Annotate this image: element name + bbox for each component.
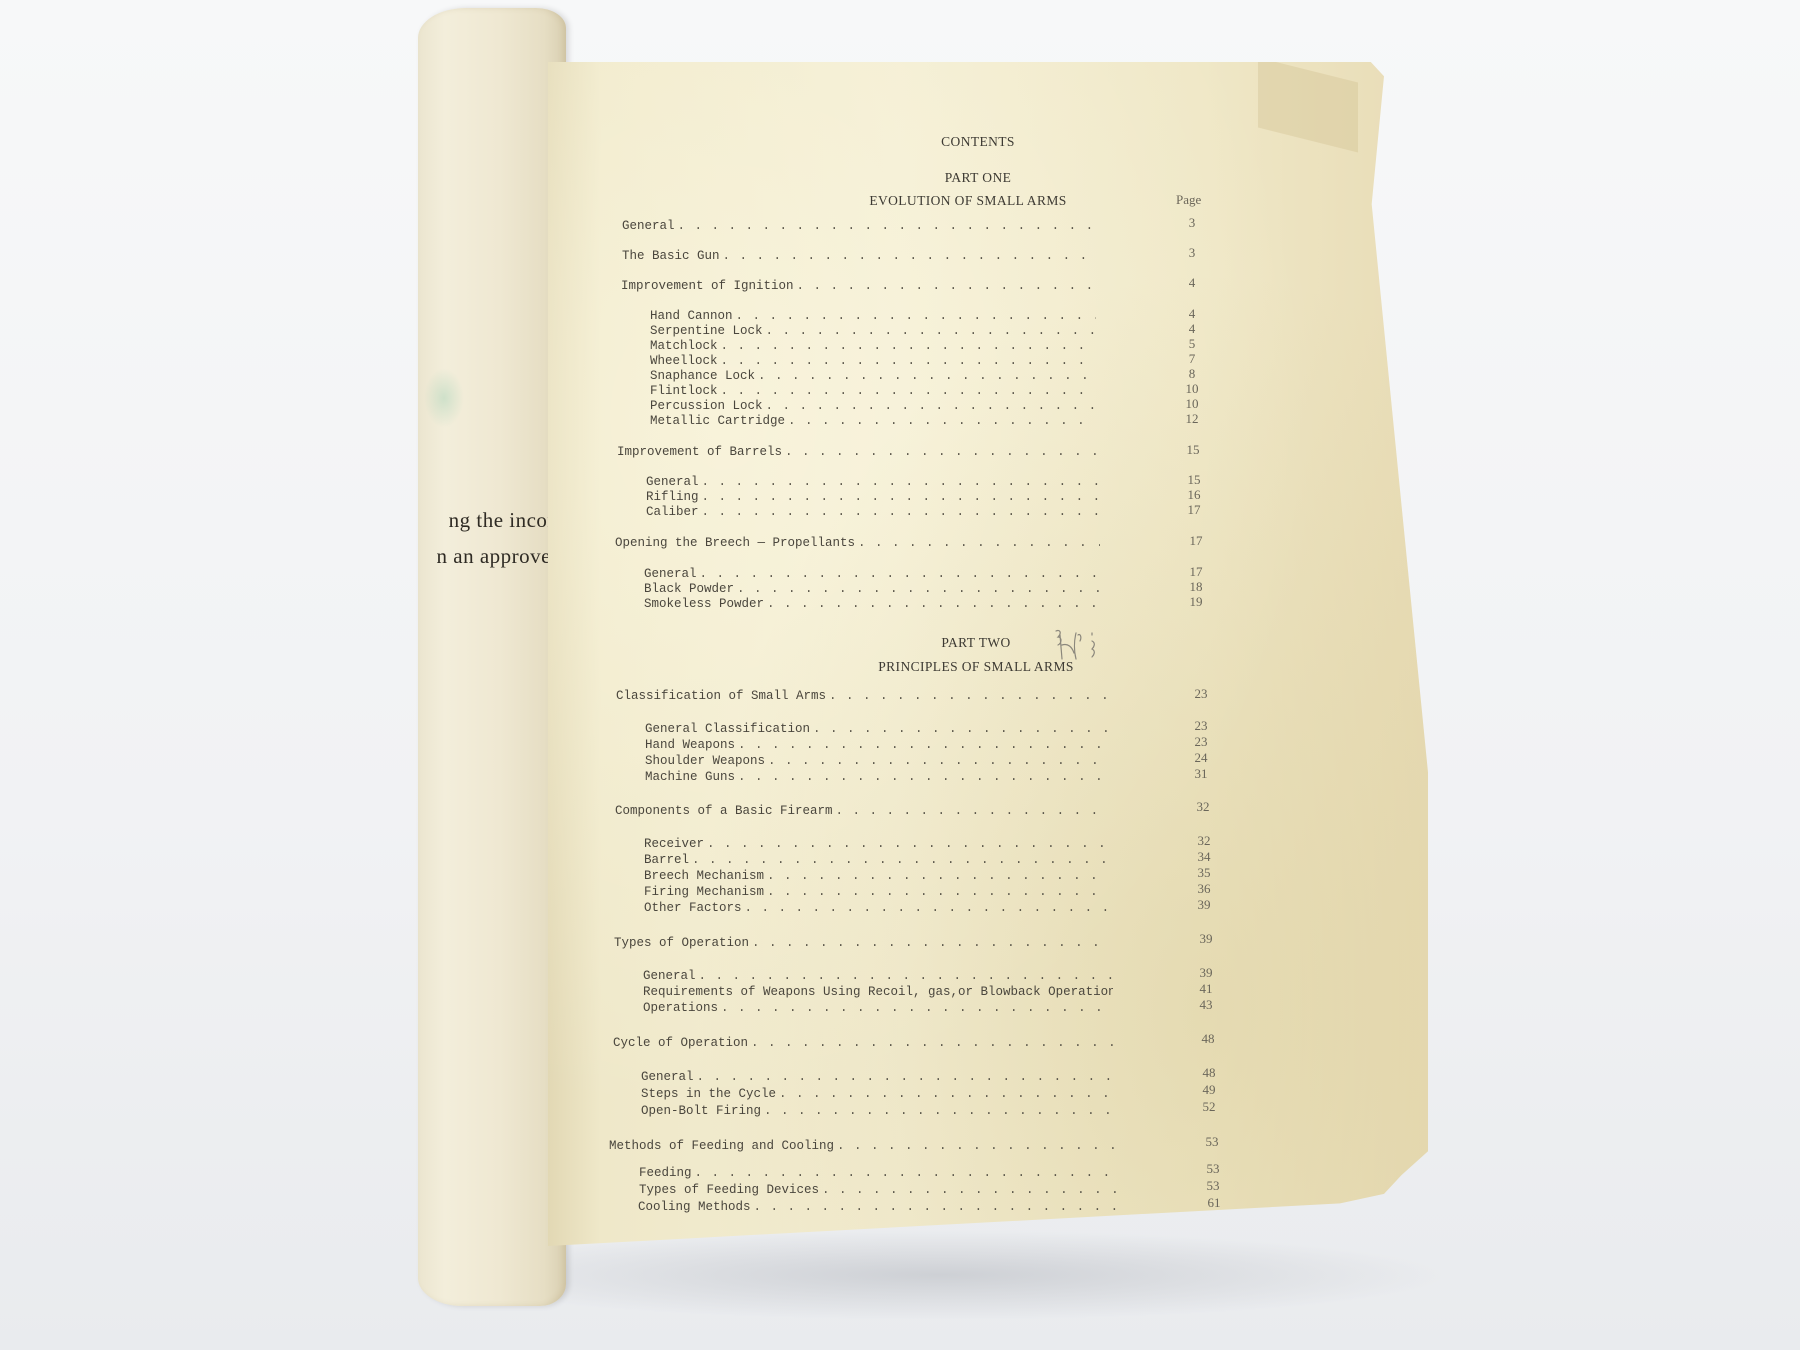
toc-section[interactable]: Methods of Feeding and Cooling xyxy=(609,1139,1119,1153)
part-one-title: EVOLUTION OF SMALL ARMS xyxy=(528,193,1408,209)
toc-item[interactable]: Smokeless Powder xyxy=(644,597,1101,611)
page-number: 39 xyxy=(1189,897,1219,913)
toc-item[interactable]: Breech Mechanism xyxy=(644,869,1110,883)
toc-item[interactable]: Black Powder xyxy=(644,582,1101,596)
page-number: 15 xyxy=(1178,442,1208,458)
page-number: 39 xyxy=(1191,965,1221,981)
page-number: 8 xyxy=(1177,366,1207,382)
part-two-title: PRINCIPLES OF SMALL ARMS xyxy=(536,659,1416,675)
page-number: 61 xyxy=(1199,1195,1229,1211)
toc-item[interactable]: Metallic Cartridge xyxy=(650,414,1096,428)
page-number: 39 xyxy=(1191,931,1221,947)
page-number: 12 xyxy=(1177,411,1207,427)
page-number: 24 xyxy=(1186,750,1216,766)
page-number: 7 xyxy=(1177,351,1207,367)
page-number: 43 xyxy=(1191,997,1221,1013)
toc-item[interactable]: Snaphance Lock xyxy=(650,369,1096,383)
toc-item[interactable]: Hand Weapons xyxy=(645,738,1108,752)
page-number: 32 xyxy=(1188,799,1218,815)
toc-section[interactable]: Components of a Basic Firearm xyxy=(615,804,1109,818)
page-number: 18 xyxy=(1181,579,1211,595)
toc-item[interactable]: Steps in the Cycle xyxy=(641,1087,1116,1101)
table-of-contents: CONTENTS PART ONE EVOLUTION OF SMALL ARM… xyxy=(548,62,1428,1246)
toc-section[interactable]: The Basic Gun xyxy=(622,249,1096,263)
page-number: 4 xyxy=(1177,321,1207,337)
page-number: 31 xyxy=(1186,766,1216,782)
page-number: 53 xyxy=(1197,1134,1227,1150)
toc-item[interactable]: Operations xyxy=(643,1001,1113,1015)
roll-text-line-1: ng the incor- xyxy=(449,508,562,533)
toc-item[interactable]: Cooling Methods xyxy=(638,1200,1120,1214)
page-number: 52 xyxy=(1194,1099,1224,1115)
page-number: 15 xyxy=(1179,472,1209,488)
toc-item[interactable]: Types of Feeding Devices xyxy=(639,1183,1120,1197)
page-number: 35 xyxy=(1189,865,1219,881)
toc-section[interactable]: Classification of Small Arms xyxy=(616,689,1108,703)
roll-text-line-2: n an approved xyxy=(437,544,562,569)
toc-section[interactable]: Opening the Breech — Propellants xyxy=(615,536,1100,550)
toc-section[interactable]: General xyxy=(622,219,1096,233)
page-column-label: Page xyxy=(1176,192,1201,208)
page-number: 3 xyxy=(1177,245,1207,261)
toc-item[interactable]: Percussion Lock xyxy=(650,399,1096,413)
page-number: 4 xyxy=(1177,275,1207,291)
page-number: 10 xyxy=(1177,396,1207,412)
page-number: 48 xyxy=(1193,1031,1223,1047)
toc-item[interactable]: General xyxy=(646,475,1098,489)
toc-item[interactable]: Barrel xyxy=(644,853,1110,867)
page-number: 16 xyxy=(1179,487,1209,503)
page-number: 4 xyxy=(1177,306,1207,322)
page-number: 34 xyxy=(1189,849,1219,865)
toc-item[interactable]: Hand Cannon xyxy=(650,309,1096,323)
toc-section[interactable]: Types of Operation xyxy=(614,936,1112,950)
page-number: 17 xyxy=(1181,564,1211,580)
page-number: 32 xyxy=(1189,833,1219,849)
toc-item[interactable]: Caliber xyxy=(646,505,1098,519)
toc-item[interactable]: Open-Bolt Firing xyxy=(641,1104,1116,1118)
toc-item[interactable]: Receiver xyxy=(644,837,1110,851)
page-number: 23 xyxy=(1186,734,1216,750)
part-two-label: PART TWO xyxy=(536,635,1416,651)
toc-item[interactable]: Matchlock xyxy=(650,339,1096,353)
page-number: 17 xyxy=(1179,502,1209,518)
toc-item[interactable]: Flintlock xyxy=(650,384,1096,398)
toc-item[interactable]: Other Factors xyxy=(644,901,1110,915)
part-one-label: PART ONE xyxy=(538,170,1418,186)
page-number: 53 xyxy=(1198,1161,1228,1177)
toc-item[interactable]: Serpentine Lock xyxy=(650,324,1096,338)
toc-item[interactable]: Shoulder Weapons xyxy=(645,754,1108,768)
page-number: 23 xyxy=(1186,686,1216,702)
toc-item[interactable]: Requirements of Weapons Using Recoil, ga… xyxy=(643,985,1113,999)
toc-item[interactable]: General xyxy=(643,969,1113,983)
toc-section[interactable]: Cycle of Operation xyxy=(613,1036,1115,1050)
page-number: 23 xyxy=(1186,718,1216,734)
page-number: 41 xyxy=(1191,981,1221,997)
toc-item[interactable]: General Classification xyxy=(645,722,1108,736)
toc-section[interactable]: Improvement of Barrels xyxy=(617,445,1097,459)
toc-item[interactable]: Feeding xyxy=(639,1166,1120,1180)
rolled-back-page: ng the incor- n an approved xyxy=(418,8,566,1306)
page-number: 17 xyxy=(1181,533,1211,549)
page-number: 49 xyxy=(1194,1082,1224,1098)
toc-item[interactable]: General xyxy=(641,1070,1116,1084)
toc-item[interactable]: Wheellock xyxy=(650,354,1096,368)
contents-page: CONTENTS PART ONE EVOLUTION OF SMALL ARM… xyxy=(548,62,1428,1246)
page-title: CONTENTS xyxy=(538,134,1418,150)
toc-section[interactable]: Improvement of Ignition xyxy=(621,279,1096,293)
page-number: 3 xyxy=(1177,215,1207,231)
toc-item[interactable]: Machine Guns xyxy=(645,770,1108,784)
toc-item[interactable]: Firing Mechanism xyxy=(644,885,1110,899)
page-number: 19 xyxy=(1181,594,1211,610)
page-number: 53 xyxy=(1198,1178,1228,1194)
page-number: 48 xyxy=(1194,1065,1224,1081)
page-number: 36 xyxy=(1189,881,1219,897)
handwritten-note xyxy=(1052,625,1112,665)
page-number: 10 xyxy=(1177,381,1207,397)
toc-item[interactable]: General xyxy=(644,567,1101,581)
toc-item[interactable]: Rifling xyxy=(646,490,1098,504)
page-number: 5 xyxy=(1177,336,1207,352)
green-stain xyxy=(424,368,464,428)
